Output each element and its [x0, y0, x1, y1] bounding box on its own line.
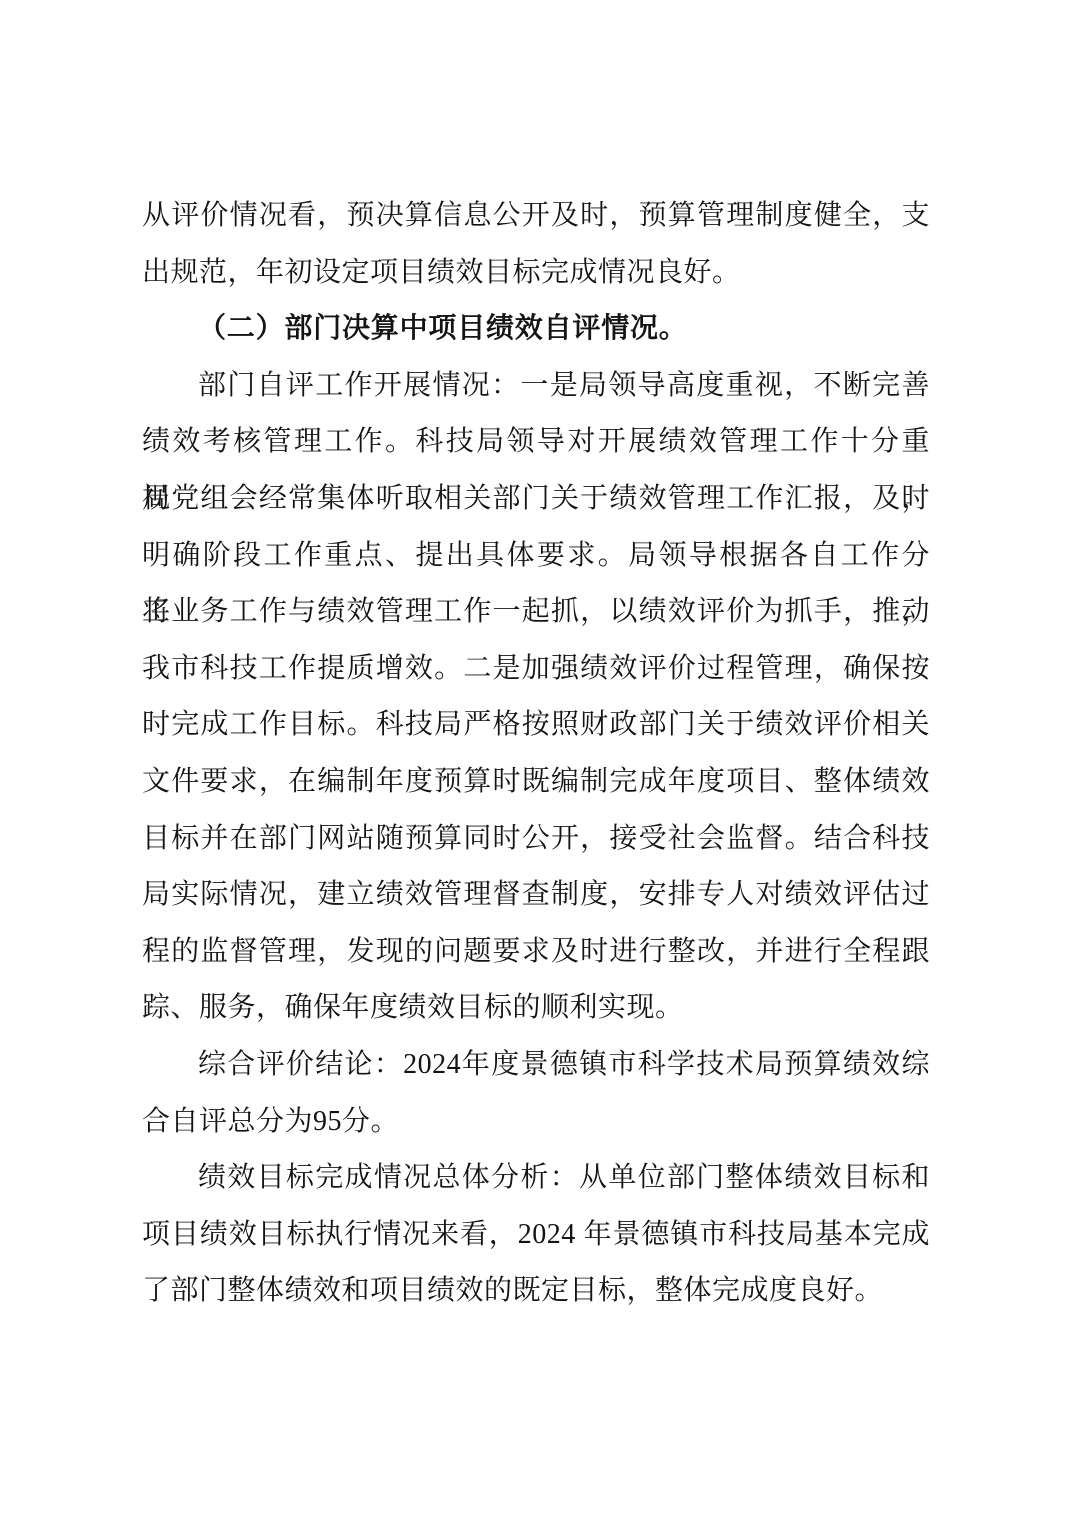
- text-line: 文件要求，在编制年度预算时既编制完成年度项目、整体绩效: [142, 754, 930, 811]
- text-line: 程的监督管理，发现的问题要求及时进行整改，并进行全程跟: [142, 924, 930, 981]
- text-line: 出规范，年初设定项目绩效目标完成情况良好。: [142, 245, 930, 302]
- text-line: 综合评价结论：2024年度景德镇市科学技术局预算绩效综: [142, 1037, 930, 1094]
- text-line: 了部门整体绩效和项目绩效的既定目标，整体完成度良好。: [142, 1263, 930, 1320]
- text-line: 将业务工作与绩效管理工作一起抓，以绩效评价为抓手，推动: [142, 584, 930, 641]
- text-line: 从评价情况看，预决算信息公开及时，预算管理制度健全，支: [142, 188, 930, 245]
- text-line: 踪、服务，确保年度绩效目标的顺利实现。: [142, 980, 930, 1037]
- document-body: 从评价情况看，预决算信息公开及时，预算管理制度健全，支出规范，年初设定项目绩效目…: [142, 188, 930, 1320]
- text-line: 绩效目标完成情况总体分析：从单位部门整体绩效目标和: [142, 1150, 930, 1207]
- text-line: 部门自评工作开展情况：一是局领导高度重视，不断完善: [142, 358, 930, 415]
- document-page: 从评价情况看，预决算信息公开及时，预算管理制度健全，支出规范，年初设定项目绩效目…: [0, 0, 1074, 1520]
- text-line: 绩效考核管理工作。科技局领导对开展绩效管理工作十分重视，: [142, 414, 930, 471]
- text-line: 我市科技工作提质增效。二是加强绩效评价过程管理，确保按: [142, 641, 930, 698]
- section-heading: （二）部门决算中项目绩效自评情况。: [142, 301, 930, 358]
- text-line: 目标并在部门网站随预算同时公开，接受社会监督。结合科技: [142, 811, 930, 868]
- text-line: 明确阶段工作重点、提出具体要求。局领导根据各自工作分工，: [142, 528, 930, 585]
- text-line: 时完成工作目标。科技局严格按照财政部门关于绩效评价相关: [142, 697, 930, 754]
- text-line: 项目绩效目标执行情况来看，2024 年景德镇市科技局基本完成: [142, 1207, 930, 1264]
- text-line: 局党组会经常集体听取相关部门关于绩效管理工作汇报，及时: [142, 471, 930, 528]
- text-line: 局实际情况，建立绩效管理督查制度，安排专人对绩效评估过: [142, 867, 930, 924]
- text-line: 合自评总分为95分。: [142, 1094, 930, 1151]
